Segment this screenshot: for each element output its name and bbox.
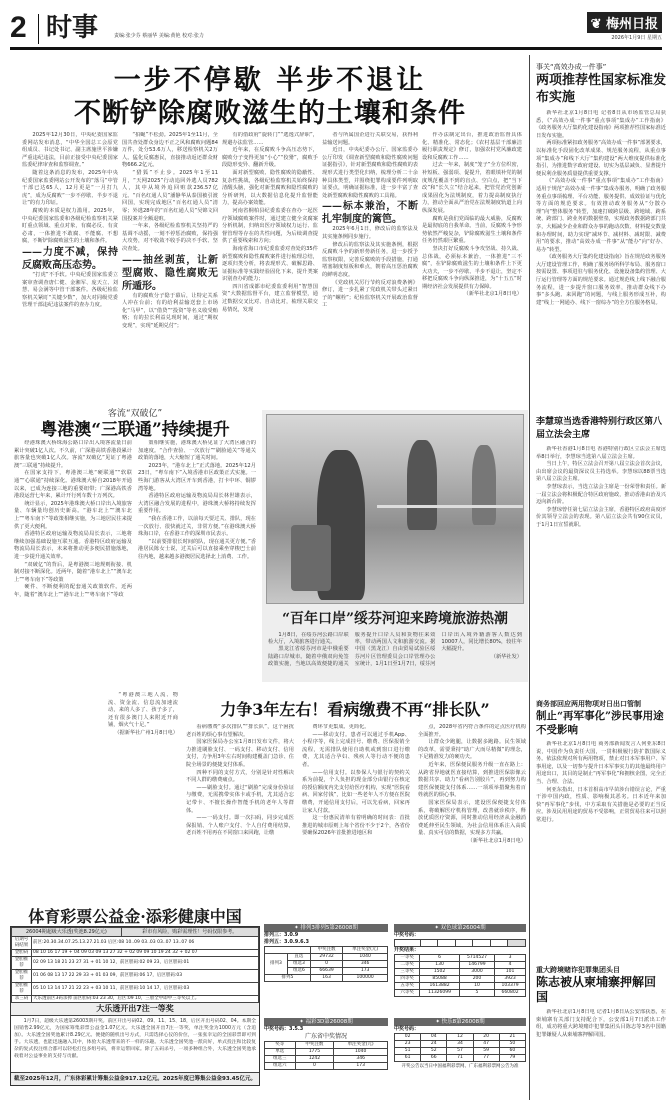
table-cell — [490, 940, 508, 947]
table-cell — [473, 940, 491, 947]
story-headline: 陈志被从柬埔寨押解回国 — [536, 975, 666, 1005]
medical-column-3: 点，2028年省内符合条件的定点医疗机构全面推开。 让群众少跑腿，让数据多跑路。… — [418, 724, 526, 892]
hk-legco-story: 李慧琼当选香港特别行政区第八届立法会主席 新华社香港1月8日电 香港特别行政区立… — [536, 416, 666, 696]
photo-headline: “百年口岸”绥芬河迎来跨境旅游热潮 — [262, 610, 528, 628]
table-cell: 59 — [473, 1048, 499, 1055]
table-cell: 52 — [421, 1048, 447, 1055]
table-cell: 34 — [447, 1041, 473, 1048]
logo-icon: ❦ — [591, 17, 606, 32]
section-title: 时事 — [46, 10, 98, 46]
k8-panel: ✦ 快乐8第26008期 中奖号码： 0204122021 2324344750… — [394, 1018, 526, 1070]
table-cell: 20 — [473, 1034, 499, 1041]
kicker: 事关“高效办成一件事” — [536, 62, 666, 72]
table-cell: 47 — [473, 1041, 499, 1048]
story-body: 新华社香港1月8日电 香港特别行政区立法会主席选举8日举行，李慧琼当选第八届立法… — [536, 446, 666, 696]
lottery-banner: 体育彩票公益金·添彩健康中国 — [10, 904, 260, 927]
table-cell — [455, 940, 473, 947]
table-cell — [508, 940, 526, 947]
table-cell: 12 — [447, 1034, 473, 1041]
table-cell: 57 — [447, 1048, 473, 1055]
table-cell: 21 — [499, 1034, 525, 1041]
table-cell: 79 — [499, 1055, 525, 1062]
lead-column-5: 作办法制定出台，推进政治监督具体化、精准化、常态化；《农村基层干部廉洁履行职责规… — [422, 132, 522, 392]
table-cell: 04 — [421, 1034, 447, 1041]
photo-story: “百年口岸”绥芬河迎来跨境旅游热潮 1月8日，在绥芬河公路口岸联检大厅，入境旅客… — [262, 410, 528, 682]
source-line: （新华社北京1月8日电） — [422, 291, 522, 299]
table-cell: 50 — [499, 1041, 525, 1048]
subhead: ——抽丝剥茧，让新型腐败、隐性腐败无所遁形。 — [122, 254, 218, 293]
lead-column-3: 有的借政府“旋转门”“逃逸式辞职”，规避办法监管…… 近年来，在反腐败斗争高压态… — [222, 132, 318, 392]
lead-column-1: 2025年12月30日，中央纪委国家监委网站发布消息，“中华全国总工会原党组成员… — [22, 132, 118, 392]
news-photo — [266, 414, 524, 604]
table-cell: 23 — [395, 1041, 421, 1048]
gba-column-2: 策相继实施，港珠澳大桥见证了大湾区融合的加速度。“合作查验、一次放行”“刷脸通关… — [138, 440, 256, 692]
kicker: 重大跨境赌诈犯罪集团头目 — [536, 966, 666, 975]
extradition-story: 重大跨境赌诈犯罪集团头目 陈志被从柬埔寨押解回国 新华社北京1月8日电 记者1月… — [536, 966, 666, 1099]
k8-note: 开奖公告以当日中国福利彩票网、广东福利彩票网公告为准 — [394, 1064, 526, 1070]
medical-column-2: 费环节更集成、更简化。 ——移动支付。患者可以通过手机App、小程序等，线上完成… — [302, 724, 410, 892]
table-cell: 77 — [473, 1055, 499, 1062]
story-body: 新华社北京1月8日电 商务部新闻发言人何亚东8日说，中国作为负责任大国，一贯积极… — [536, 741, 666, 941]
export-control-story: 商务部回应两用物项对日出口管制 制止“再军事化”涉民事用途不受影响 新华社北京1… — [536, 700, 666, 941]
table-cell — [265, 947, 311, 954]
d3-table: 奖等中奖注数单注奖金(元) 单选17751040 组选三1242346 组选六0… — [264, 1041, 388, 1070]
table-cell: 24 — [421, 1041, 447, 1048]
table-cell — [395, 940, 421, 947]
medical-story: 力争3年左右！看病缴费不再“排长队” — [182, 700, 528, 720]
column-divider — [529, 55, 530, 1100]
lead-column-4: 者与所属国企进行关联交易，获得利益输送问题。 近日，中央纪委办公厅、国家监委办公… — [322, 132, 418, 392]
d3-panel: ✦ 福彩3D第26008期 中奖号码：3.5.3 广东省中奖情况 奖等中奖注数单… — [264, 1018, 388, 1070]
issue-date: 2026年1月9日 星期五 — [611, 34, 662, 41]
story-headline: 制止“再军事化”涉民事用途不受影响 — [536, 709, 666, 737]
story-headline: 粤港澳“三联通”持续提升 — [10, 419, 260, 441]
standards-story: 事关“高效办成一件事” 两项推荐性国家标准发布实施 新华社北京1月8日电 记者8… — [536, 62, 666, 386]
table-cell — [438, 940, 456, 947]
k8-title: ✦ 快乐8第26008期 — [394, 1018, 526, 1026]
kicker: 商务部回应两用物项对日出口管制 — [536, 700, 666, 709]
editor-credits: 责编:张少芬 蔡丽华 美编:黄艳 校对:张力 — [114, 32, 204, 39]
ssq-title: ✦ 双色球第26004期 — [394, 924, 526, 932]
k8-table: 0204122021 2324344750 5152575960 6166717… — [394, 1033, 526, 1062]
story-body: 新华社北京1月8日电 记者8日从市场监管总局获悉，《“高效办成一件事”重点事项“… — [536, 110, 666, 386]
story-headline: 两项推荐性国家标准发布实施 — [536, 72, 666, 106]
lead-headline: 一步不停歇 半步不退让 不断铲除腐败滋生的土壤和条件 — [20, 64, 520, 130]
ssq-prize-table: 一等奖657145273 二等奖1301467994 三等奖1502300010… — [394, 954, 526, 997]
photo-caption: 1月8日，在绥芬河公路口岸联检大厅，入境旅客进行通关。 黑龙江省绥芬河市是中俄重… — [268, 632, 522, 678]
lottery-footer: 截至2025年12月，广东体彩累计筹集公益金917.12亿元。2025年度已筹集… — [11, 1072, 259, 1085]
subhead: ——力度不减，保持反腐败高压态势。 — [22, 246, 118, 272]
table-cell: 61 — [395, 1055, 421, 1062]
gba-story: 客流“双破亿” 粤港澳“三联通”持续提升 — [10, 406, 260, 441]
pailie-title: ✦ 排列3排列5第26008期 — [264, 924, 388, 932]
result-headline: 大乐透开出7注一等奖 — [11, 1003, 259, 1016]
pailie-panel: ✦ 排列3排列5第26008期 排列三：3.0.9 排列五：3.0.9.6.3 … — [264, 924, 388, 982]
divider — [38, 14, 39, 44]
lead-column-2: “拍蝇”不松劲。2025年1至11月，全国共查处群众身边不正之风和腐败问题84万… — [122, 132, 218, 392]
pailie-table: 中奖注数单注奖金(元) 排列3直选297321040 组选30346 组选666… — [264, 946, 388, 982]
d3-title: ✦ 福彩3D第26008期 — [264, 1018, 388, 1026]
ssq-panel: ✦ 双色球第26004期 中奖号码： 开奖结果： 一等奖657145273 二等… — [394, 924, 526, 997]
table-cell: 02 — [395, 1034, 421, 1041]
story-body: 新华社北京1月8日电 记者1月8日从公安部获悉，在柬埔寨有关部门支持配合下，公安… — [536, 1009, 666, 1099]
table-cell: 66 — [421, 1055, 447, 1062]
dlt-panel: 26004期超级大乐透(奖池8.29亿元)彩市有风险，购彩需理性！号码仅限参考。… — [10, 926, 260, 1086]
medical-column-1: 看病缴费“多次排队”“排长队”，这个困扰老百姓的烦心事有望解决。 国家医保局办公… — [186, 724, 294, 892]
dlt-table: 26004期超级大乐透(奖池8.29亿元)彩市有风险，购彩需理性！号码仅限参考。… — [11, 927, 259, 1003]
table-cell: 60 — [499, 1048, 525, 1055]
table-cell: 71 — [447, 1055, 473, 1062]
kicker: 客流“双破亿” — [10, 406, 260, 419]
page-number: 2 — [10, 10, 27, 46]
story-headline: 李慧琼当选香港特别行政区第八届立法会主席 — [536, 416, 666, 442]
newspaper-logo: ❦ 梅州日报 — [587, 12, 662, 33]
story-headline: 力争3年左右！看病缴费不再“排长队” — [182, 700, 528, 720]
table-cell: 51 — [395, 1048, 421, 1055]
gba-column-3: “粤港澳三地人流、物流、资金流、信息流加速流动，来的人多了、孩子多了，还有很多澳… — [108, 692, 178, 904]
masthead: 2 时事 责编:张少芬 蔡丽华 美编:黄艳 校对:张力 ❦ 梅州日报 2026年… — [10, 8, 662, 50]
subhead: ——标本兼治，不断扎牢制度的篱笆。 — [322, 200, 418, 226]
table-cell — [420, 940, 438, 947]
ssq-numbers-table — [394, 939, 526, 947]
